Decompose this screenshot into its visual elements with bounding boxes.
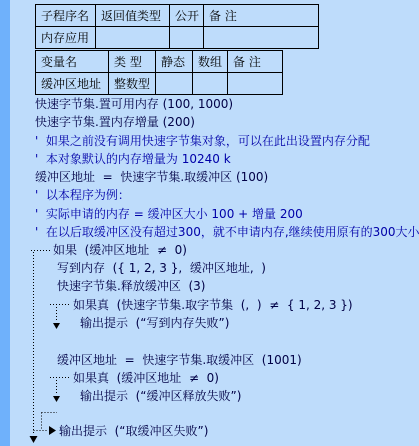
code-editor-view: 子程序名 返回值类型 公开 备 注 内存应用 变量名 类 型 静态 数组 备 注… bbox=[0, 0, 419, 446]
subroutine-name-cell[interactable]: 内存应用 bbox=[36, 27, 96, 49]
variable-name-cell[interactable]: 缓冲区地址 bbox=[36, 73, 109, 95]
col-array: 数组 bbox=[193, 51, 228, 73]
code-line-16[interactable]: 输出提示 (“缓冲区释放失败”) bbox=[80, 389, 241, 403]
variable-type-cell[interactable]: 整数型 bbox=[109, 73, 156, 95]
editor-left-margin bbox=[0, 0, 10, 446]
code-line-4-comment[interactable]: ' 本对象默认的内存增量为 10240 k bbox=[35, 152, 231, 166]
col-variable-name: 变量名 bbox=[36, 51, 109, 73]
if-end-arrow-icon bbox=[30, 436, 38, 443]
col-public: 公开 bbox=[170, 5, 204, 27]
code-line-10[interactable]: 写到内存 ({ 1, 2, 3 }, 缓冲区地址, ) bbox=[57, 261, 266, 275]
variable-static-cell[interactable] bbox=[156, 73, 193, 95]
return-type-cell[interactable] bbox=[96, 27, 170, 49]
subroutine-header-row: 子程序名 返回值类型 公开 备 注 bbox=[36, 5, 319, 27]
subroutine-table: 子程序名 返回值类型 公开 备 注 内存应用 bbox=[35, 4, 319, 49]
variables-table: 变量名 类 型 静态 数组 备 注 缓冲区地址 整数型 bbox=[35, 50, 283, 95]
col-variable-type: 类 型 bbox=[109, 51, 156, 73]
code-line-17-else[interactable]: 输出提示 (“取缓冲区失败”) bbox=[59, 424, 208, 438]
code-line-3-comment[interactable]: ' 如果之前没有调用快速字节集对象，可以在此出设置内存分配 bbox=[35, 134, 370, 148]
code-line-7-comment[interactable]: ' 实际申请的内存 = 缓冲区大小 100 + 增量 200 bbox=[35, 207, 303, 221]
col-static: 静态 bbox=[156, 51, 193, 73]
variable-remark-cell[interactable] bbox=[228, 73, 283, 95]
col-subroutine-name: 子程序名 bbox=[36, 5, 96, 27]
iftrue2-end-arrow-icon bbox=[53, 396, 60, 402]
col-return-type: 返回值类型 bbox=[96, 5, 170, 27]
code-line-9-if[interactable]: 如果 (缓冲区地址 ≠ 0) bbox=[53, 243, 187, 257]
col-var-remark: 备 注 bbox=[228, 51, 283, 73]
code-line-14[interactable]: 缓冲区地址 = 快速字节集.取缓冲区 (1001) bbox=[57, 353, 302, 367]
code-line-6-comment[interactable]: ' 以本程序为例： bbox=[35, 188, 130, 202]
else-branch-arrow-icon bbox=[49, 426, 56, 435]
code-line-11[interactable]: 快速字节集.释放缓冲区 (3) bbox=[57, 279, 205, 293]
public-cell[interactable] bbox=[170, 27, 204, 49]
code-line-5[interactable]: 缓冲区地址 = 快速字节集.取缓冲区 (100) bbox=[35, 170, 268, 184]
remark-cell[interactable] bbox=[204, 27, 319, 49]
col-remark: 备 注 bbox=[204, 5, 319, 27]
code-line-15-if[interactable]: 如果真 (缓冲区地址 ≠ 0) bbox=[73, 371, 219, 385]
iftrue1-end-arrow-icon bbox=[53, 323, 60, 329]
code-line-8-comment[interactable]: ' 在以后取缓冲区没有超过300，就不申请内存,继续使用原有的300大小 bbox=[35, 225, 419, 239]
variables-header-row: 变量名 类 型 静态 数组 备 注 bbox=[36, 51, 283, 73]
subroutine-value-row: 内存应用 bbox=[36, 27, 319, 49]
code-line-2[interactable]: 快速字节集.置内存增量 (200) bbox=[35, 115, 195, 129]
code-line-12-if[interactable]: 如果真 (快速字节集.取字节集 (, ) ≠ { 1, 2, 3 }) bbox=[73, 298, 353, 312]
code-line-1[interactable]: 快速字节集.置可用内存 (100, 1000) bbox=[35, 97, 233, 111]
variable-row: 缓冲区地址 整数型 bbox=[36, 73, 283, 95]
variable-array-cell[interactable] bbox=[193, 73, 228, 95]
code-line-13[interactable]: 输出提示 (“写到内存失败”) bbox=[80, 316, 229, 330]
